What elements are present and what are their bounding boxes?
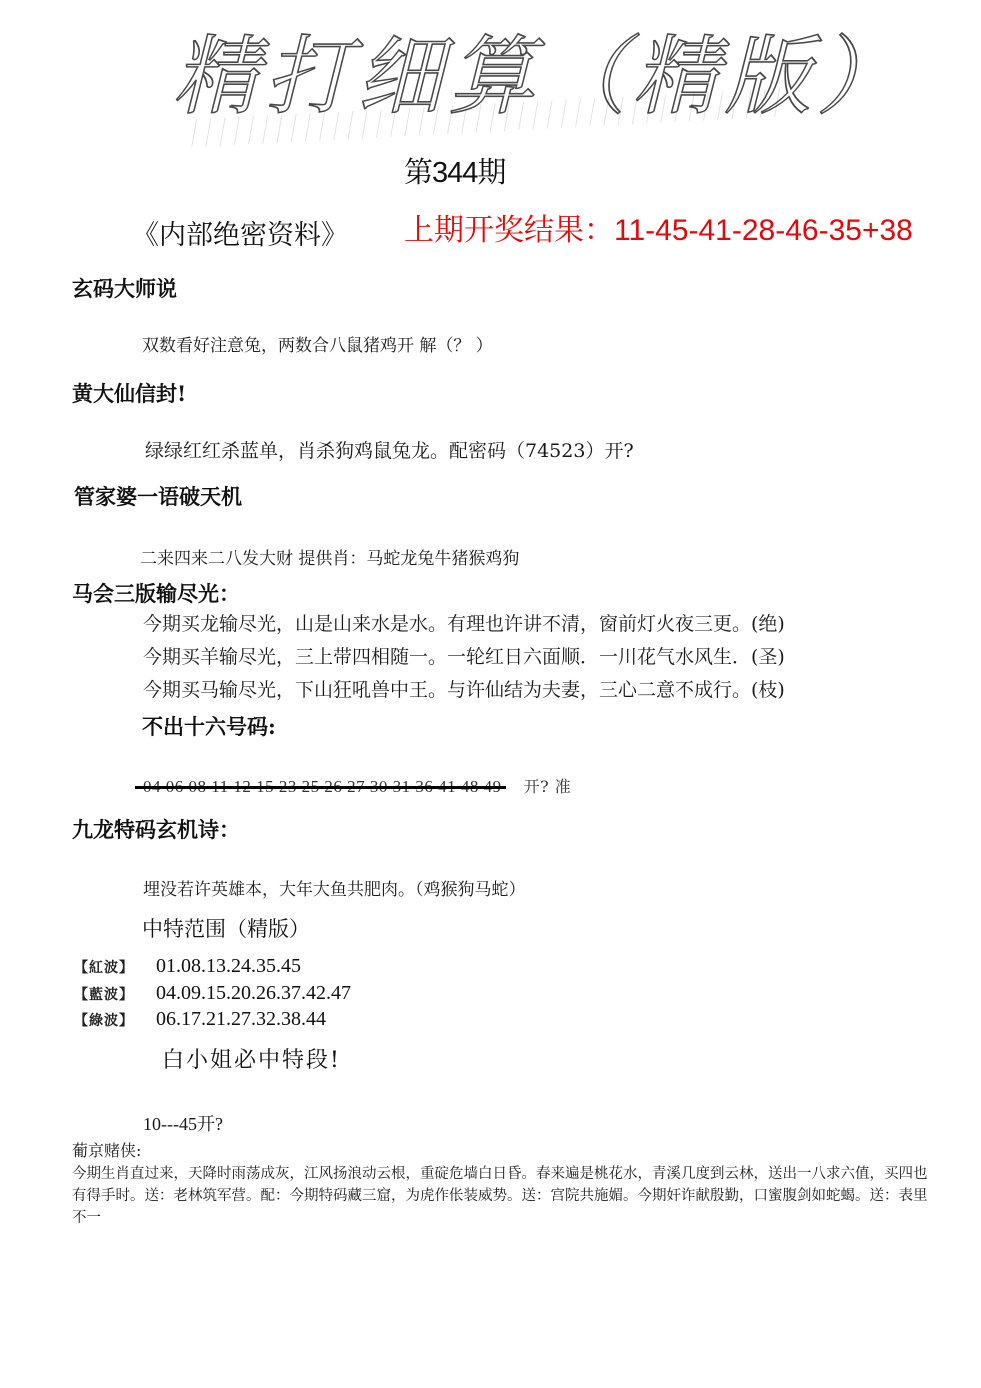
- mahui-line-1: 今期买龙输尽光，山是山来水是水。有理也许讲不清，窗前灯火夜三更。(绝): [143, 609, 785, 636]
- section-heading-zhongte: 中特范围（精版）: [142, 913, 310, 943]
- wave-row-green: 【綠波】06.17.21.27.32.38.44: [74, 1008, 326, 1031]
- wave-row-red: 【紅波】01.08.13.24.35.45: [74, 955, 301, 978]
- section-text-guanjiapo: 二来四来二八发大财 提供肖：马蛇龙兔牛猪猴鸡狗: [140, 544, 519, 569]
- section-text-pujing: 今期生肖直过来，天降时雨荡成灰，江风扬浪动云根，重碇危墙白日昏。春来遍是桃花水，…: [72, 1163, 932, 1229]
- section-text-xuanma: 双数看好注意兔，两数合八鼠猪鸡开 解（？ ）: [142, 331, 493, 356]
- wave-numbers-green: 06.17.21.27.32.38.44: [156, 1008, 326, 1030]
- wave-numbers-blue: 04.09.15.20.26.37.42.47: [156, 982, 351, 1004]
- issue-number: 第344期: [404, 150, 505, 191]
- section-heading-mahui: 马会三版输尽光：: [72, 578, 240, 608]
- section-heading-huangdaxian: 黄大仙信封!: [72, 378, 186, 408]
- section-text-jiulong: 埋没若许英雄本，大年大鱼共肥肉。（鸡猴狗马蛇）: [143, 875, 526, 900]
- wave-label-blue: 【藍波】: [74, 984, 156, 1004]
- last-result: 上期开奖结果：11-45-41-28-46-35+38: [404, 205, 913, 249]
- section-text-baixiaojie: 10---45开?: [143, 1110, 223, 1136]
- section-heading-guanjiapo: 管家婆一语破天机: [74, 481, 242, 511]
- mahui-line-3: 今期买马输尽光，下山狂吼兽中王。与许仙结为夫妻，三心二意不成行。(枝): [143, 675, 785, 702]
- section-heading-baixiaojie: 白小姐必中特段!: [162, 1043, 341, 1074]
- section-heading-buchu: 不出十六号码:: [142, 711, 276, 741]
- excluded-numbers-suffix: 开? 准: [524, 777, 572, 796]
- wave-label-red: 【紅波】: [74, 957, 156, 977]
- excluded-numbers-row: 04 06 08 11 12 15 23 25 26 27 30 31 36 4…: [143, 774, 571, 797]
- section-heading-pujing: 葡京赌侠:: [72, 1138, 141, 1161]
- section-heading-jiulong: 九龙特码玄机诗：: [72, 814, 240, 844]
- wave-label-green: 【綠波】: [74, 1010, 156, 1030]
- book-title: 《内部绝密资料》: [132, 213, 348, 252]
- last-result-numbers: 11-45-41-28-46-35+38: [614, 214, 913, 247]
- wave-row-blue: 【藍波】04.09.15.20.26.37.42.47: [74, 982, 351, 1005]
- section-heading-xuanma: 玄码大师说: [72, 273, 177, 303]
- excluded-numbers: 04 06 08 11 12 15 23 25 26 27 30 31 36 4…: [143, 777, 502, 797]
- last-result-label: 上期开奖结果：: [404, 214, 614, 247]
- wave-numbers-red: 01.08.13.24.35.45: [156, 955, 301, 977]
- mahui-line-2: 今期买羊输尽光，三上带四相随一。一轮红日六面顺．一川花气水风生．(圣): [143, 642, 785, 669]
- section-text-huangdaxian: 绿绿红红杀蓝单，肖杀狗鸡鼠兔龙。配密码（74523）开?: [145, 436, 634, 463]
